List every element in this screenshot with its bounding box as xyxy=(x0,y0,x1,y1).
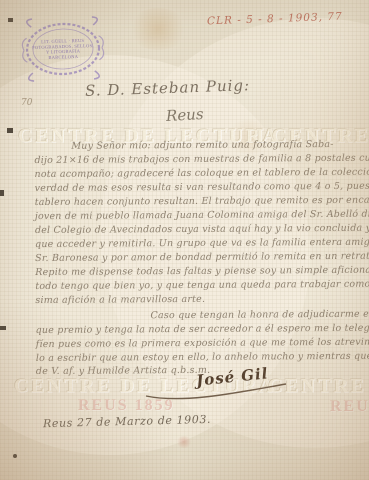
body-line: Repito me dispense todas las faltas y pi… xyxy=(35,264,369,278)
body-line: todo tengo que bien yo, y que tenga una … xyxy=(35,278,369,292)
body-line: joven de mi pueblo llamada Juana Colomin… xyxy=(35,208,369,222)
signature-flourish-icon xyxy=(140,380,290,404)
body-line: de V. af. y Humilde Artista q.b.s.m. xyxy=(36,365,210,377)
body-line: Sr. Baronesa y por amor de bondad permit… xyxy=(35,250,369,264)
body-line: del Colegio de Avecindados cuya vista aq… xyxy=(35,222,369,236)
body-line: Caso que tengan la honra de adjudicarme … xyxy=(150,309,369,322)
body-line: lo a escribir que aun estoy en ello, lo … xyxy=(36,351,369,364)
body-line: que premio y tenga la nota de ser acreed… xyxy=(36,323,369,336)
body-line: nota acompaño; agradeceré las coloque en… xyxy=(35,166,369,180)
body-line: sima afición a la maravillosa arte. xyxy=(35,294,205,306)
scan-speck xyxy=(8,18,13,22)
body-line: verdad de mas esos resulta si van result… xyxy=(35,180,369,194)
body-line: Muy Señor mío: adjunto remito una fotogr… xyxy=(71,139,333,152)
scan-speck xyxy=(13,454,17,458)
scanned-letter-page: CENTRE DE LECTURA I CENTRE D CENTRE DE L… xyxy=(0,0,369,480)
body-line: que acceder y remitirla. Un grupo que va… xyxy=(35,237,369,251)
scan-speck xyxy=(7,128,13,133)
body-line: fíen pues como es la primera exposición … xyxy=(36,336,369,350)
body-line: tablero hacen conjunto resultan. El trab… xyxy=(35,194,369,208)
scan-speck xyxy=(0,190,4,196)
scan-speck xyxy=(0,326,6,330)
body-line: dijo 21×16 de mis trabajos con muestras … xyxy=(34,153,369,166)
letter-body: Muy Señor mío: adjunto remito una fotogr… xyxy=(0,0,369,480)
